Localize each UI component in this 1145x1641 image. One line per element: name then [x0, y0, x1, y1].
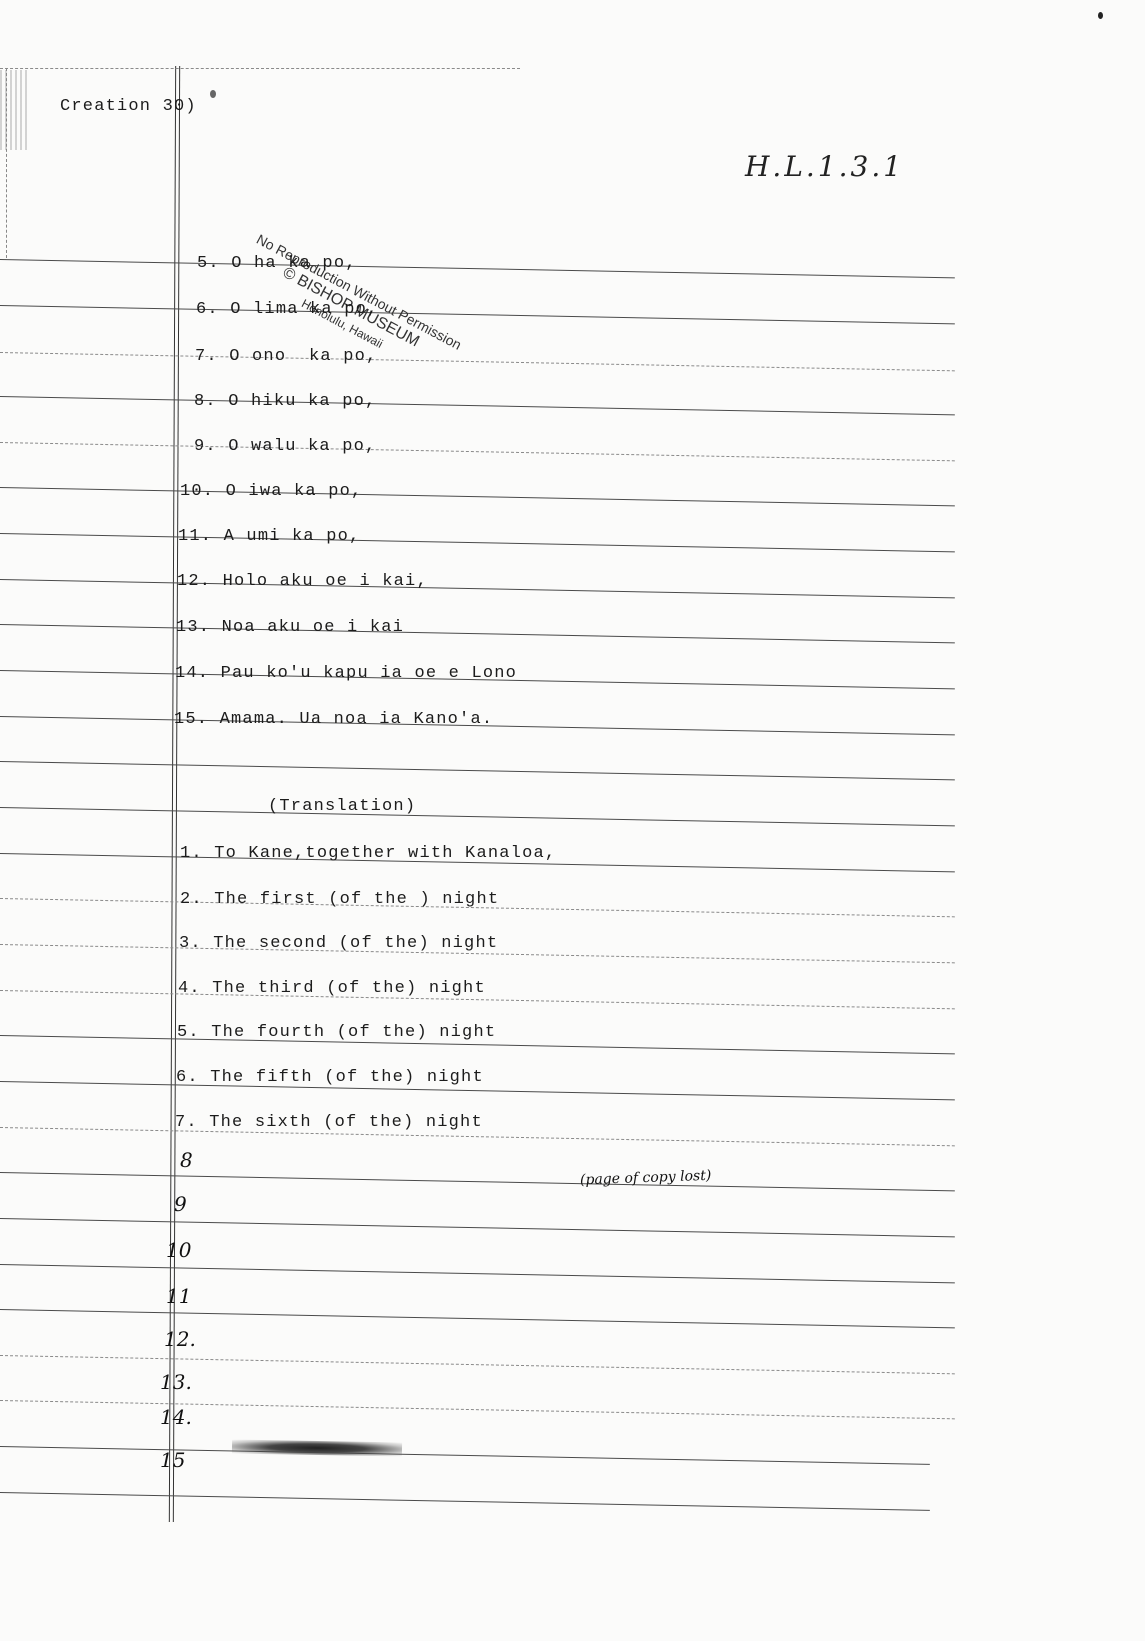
ruled-line	[0, 1264, 955, 1283]
translation-heading: (Translation)	[268, 797, 416, 816]
ink-speck	[1098, 12, 1103, 19]
translation-line: 4. The third (of the) night	[178, 979, 486, 998]
ruled-line	[0, 305, 955, 324]
ruled-line	[0, 761, 955, 780]
chant-line: 8. O hiku ka po,	[194, 392, 376, 411]
ruled-line	[0, 487, 955, 506]
translation-line: 5. The fourth (of the) night	[177, 1023, 496, 1042]
chant-line: 11. A umi ka po,	[178, 527, 360, 546]
ruled-line	[0, 396, 955, 415]
chant-line: 14. Pau ko'u kapu ia oe e Lono	[175, 664, 517, 683]
ruled-line	[0, 1492, 930, 1511]
translation-line: 1. To Kane,together with Kanaloa,	[180, 844, 556, 863]
ruled-line	[0, 1309, 955, 1328]
ink-smudge	[232, 1440, 402, 1457]
chant-line: 15. Amama. Ua noa ia Kano'a.	[174, 710, 493, 729]
chant-line: 5. O ha ka po,	[197, 254, 357, 273]
chant-line: 6. O lima ka po,	[196, 300, 378, 319]
reference-number: H.L.1.3.1	[745, 150, 904, 183]
chant-line: 13. Noa aku oe i kai	[176, 618, 404, 637]
handwritten-number: 15	[160, 1448, 185, 1472]
handwritten-number: 14.	[160, 1405, 192, 1429]
ruled-line	[0, 533, 955, 552]
handwritten-number: 13.	[160, 1370, 192, 1394]
ruled-line	[0, 1218, 955, 1237]
ruled-line	[0, 579, 955, 598]
top-rule	[0, 68, 520, 69]
document-page: Creation 30) H.L.1.3.1 No Reproduction W…	[0, 0, 1145, 1641]
chant-line: 12. Holo aku oe i kai,	[177, 572, 428, 591]
chant-line: 7. O ono ka po,	[195, 347, 377, 366]
ruled-line	[0, 624, 955, 643]
ruled-line	[0, 442, 955, 461]
chant-line: 10. O iwa ka po,	[180, 482, 362, 501]
translation-line: 7. The sixth (of the) night	[175, 1113, 483, 1132]
ruled-line	[0, 352, 955, 371]
translation-line: 3. The second (of the) night	[179, 934, 498, 953]
page-title: Creation 30)	[60, 97, 197, 116]
ruled-line	[0, 259, 955, 278]
chant-line: 9. O walu ka po,	[194, 437, 376, 456]
handwritten-number: 9	[174, 1192, 187, 1216]
top-box-edge	[6, 68, 7, 258]
handwritten-number: 8	[180, 1148, 193, 1172]
handwritten-number: 11	[166, 1284, 191, 1308]
ruled-line	[0, 1355, 955, 1374]
scan-edge-shadow	[0, 70, 30, 150]
handwritten-number: 12.	[164, 1327, 196, 1351]
handwritten-number: 10	[166, 1238, 191, 1262]
ruled-line	[0, 807, 955, 826]
translation-line: 2. The first (of the ) night	[180, 890, 499, 909]
ruled-line	[0, 1400, 955, 1419]
ruled-line	[0, 1172, 955, 1191]
translation-line: 6. The fifth (of the) night	[176, 1068, 484, 1087]
ink-speck	[210, 90, 216, 98]
ruled-line	[0, 1446, 930, 1465]
